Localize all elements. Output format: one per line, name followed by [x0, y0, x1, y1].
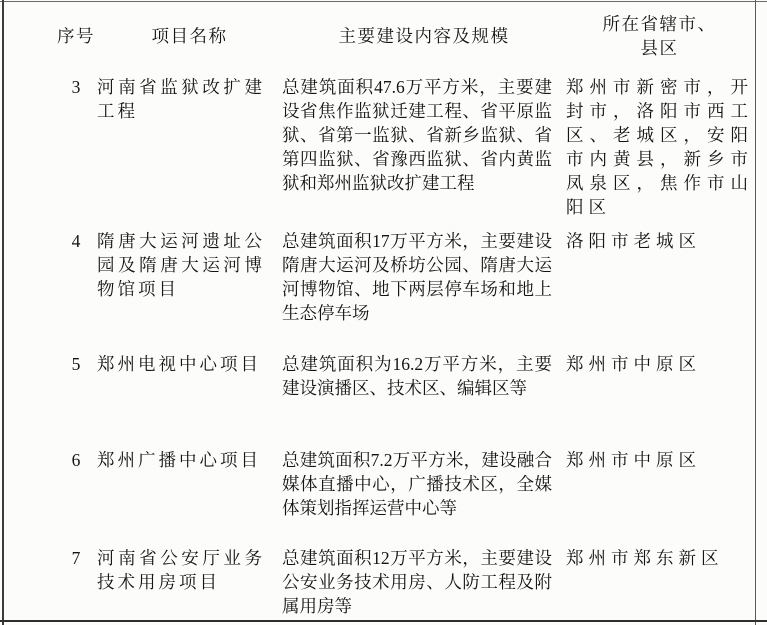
cell-content: 总建筑面积12万平方米，主要建设公安业务技术用房、人防工程及附属用房等 — [282, 546, 566, 618]
cell-project-name: 郑州电视中心项目 — [97, 352, 282, 448]
col-header-content: 主要建设内容及规模 — [282, 0, 566, 75]
cell-content: 总建筑面积47.6万平方米，主要建设省焦作监狱迁建工程、省平原监狱、省第一监狱、… — [282, 75, 566, 229]
cell-project-name: 河南省监狱改扩建工程 — [97, 75, 282, 229]
cell-location: 郑州市中原区 — [566, 352, 753, 448]
cell-serial: 7 — [55, 546, 97, 618]
cell-location: 郑州市新密市，开封市，洛阳市西工区、老城区，安阳市内黄县，新乡市凤泉区，焦作市山… — [566, 75, 753, 229]
col-header-serial: 序号 — [55, 0, 97, 75]
table-header-row: 序号 项目名称 主要建设内容及规模 所在省辖市、县区 — [55, 0, 753, 75]
cell-location: 郑州市中原区 — [566, 448, 753, 546]
table-row: 5 郑州电视中心项目 总建筑面积为16.2万平方米，主要建设演播区、技术区、编辑… — [55, 352, 753, 448]
page-left-border — [2, 0, 4, 625]
page-right-border — [755, 0, 756, 625]
cell-serial: 6 — [55, 448, 97, 546]
cell-project-name: 郑州广播中心项目 — [97, 448, 282, 546]
col-header-project-name: 项目名称 — [97, 0, 282, 75]
table-row: 3 河南省监狱改扩建工程 总建筑面积47.6万平方米，主要建设省焦作监狱迁建工程… — [55, 75, 753, 229]
table-row: 6 郑州广播中心项目 总建筑面积7.2万平方米，建设融合媒体直播中心，广播技术区… — [55, 448, 753, 546]
project-table: 序号 项目名称 主要建设内容及规模 所在省辖市、县区 3 河南省监狱改扩建工程 … — [55, 0, 753, 618]
cell-content: 总建筑面积7.2万平方米，建设融合媒体直播中心，广播技术区，全媒体策划指挥运营中… — [282, 448, 566, 546]
cell-location: 洛阳市老城区 — [566, 229, 753, 352]
page-bottom-border — [0, 620, 767, 622]
cell-serial: 3 — [55, 75, 97, 229]
table-row: 4 隋唐大运河遗址公园及隋唐大运河博物馆项目 总建筑面积17万平方米，主要建设隋… — [55, 229, 753, 352]
cell-project-name: 河南省公安厅业务技术用房项目 — [97, 546, 282, 618]
col-header-location-text: 所在省辖市、县区 — [601, 12, 719, 60]
col-header-location: 所在省辖市、县区 — [566, 0, 753, 75]
table-row: 7 河南省公安厅业务技术用房项目 总建筑面积12万平方米，主要建设公安业务技术用… — [55, 546, 753, 618]
cell-project-name: 隋唐大运河遗址公园及隋唐大运河博物馆项目 — [97, 229, 282, 352]
cell-serial: 5 — [55, 352, 97, 448]
cell-location: 郑州市郑东新区 — [566, 546, 753, 618]
cell-serial: 4 — [55, 229, 97, 352]
cell-content: 总建筑面积为16.2万平方米，主要建设演播区、技术区、编辑区等 — [282, 352, 566, 448]
scanned-document-page: 序号 项目名称 主要建设内容及规模 所在省辖市、县区 3 河南省监狱改扩建工程 … — [0, 0, 767, 625]
cell-content: 总建筑面积17万平方米，主要建设隋唐大运河及桥坊公园、隋唐大运河博物馆、地下两层… — [282, 229, 566, 352]
